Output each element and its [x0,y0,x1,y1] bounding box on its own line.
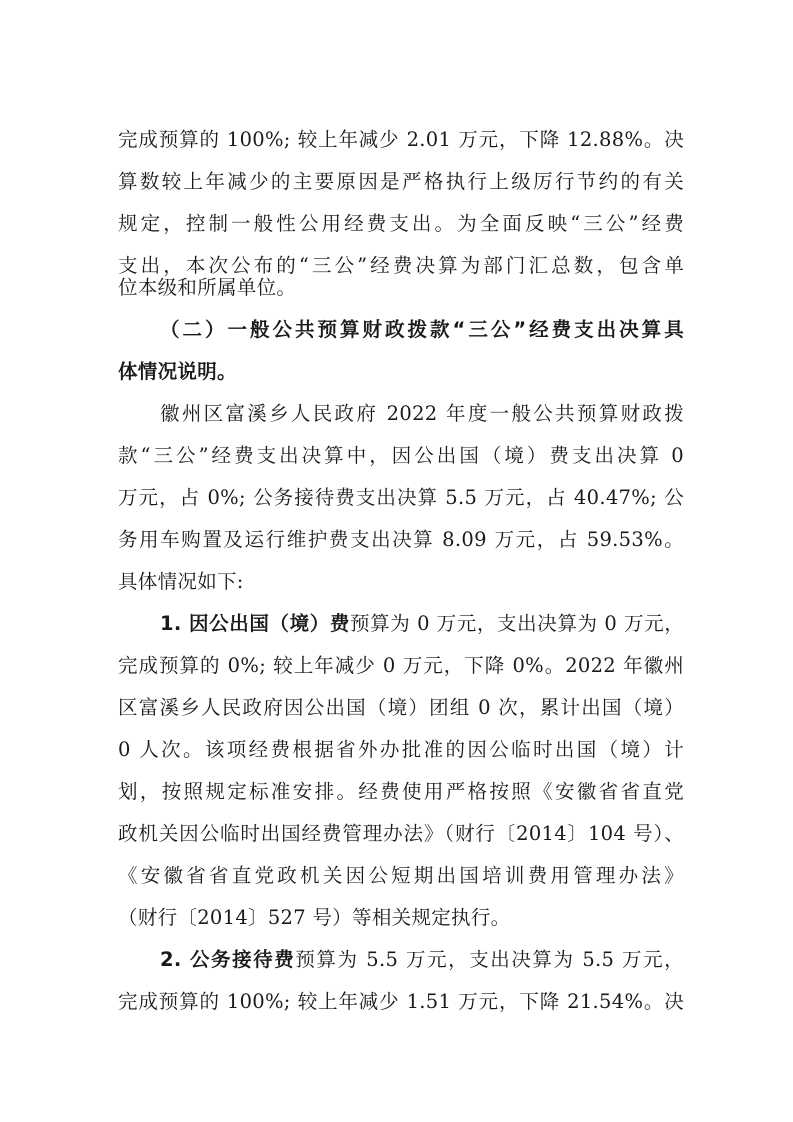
paragraph-line: 0 人次。该项经费根据省外办批准的因公临时出国（境）计 [118,735,684,765]
paragraph-line: 规定，控制一般性公用经费支出。为全面反映“三公”经费 [118,209,684,239]
paragraph-line: 划，按照规定标准安排。经费使用严格按照《安徽省省直党 [118,777,684,807]
paragraph-line: 务用车购置及运行维护费支出决算 8.09 万元，占 59.53%。 [118,525,684,555]
item-title: 1. 因公出国（境）费 [160,612,350,635]
paragraph-line: 完成预算的 100%; 较上年减少 1.51 万元，下降 21.54%。决 [118,987,684,1017]
paragraph-line: 《安徽省省直党政机关因公短期出国培训费用管理办法》 [118,861,684,891]
paragraph-line: 政机关因公临时出国经费管理办法》（财行〔2014〕104 号）、 [118,819,684,849]
item-heading-line: 2. 公务接待费预算为 5.5 万元，支出决算为 5.5 万元， [160,945,684,975]
item-text: 预算为 5.5 万元，支出决算为 5.5 万元， [295,948,684,971]
paragraph-line: 算数较上年减少的主要原因是严格执行上级厉行节约的有关 [118,167,684,197]
section-heading: （二）一般公共预算财政拨款“三公”经费支出决算具 [160,315,684,345]
paragraph-line: （财行〔2014〕527 号）等相关规定执行。 [118,903,684,933]
paragraph-line: 万元，占 0%; 公务接待费支出决算 5.5 万元，占 40.47%; 公 [118,483,684,513]
item-text: 预算为 0 万元，支出决算为 0 万元， [350,612,684,635]
paragraph-line: 完成预算的 0%; 较上年减少 0 万元，下降 0%。2022 年徽州 [118,651,684,681]
paragraph-line: 位本级和所属单位。 [118,273,684,303]
paragraph-line: 款“三公”经费支出决算中，因公出国（境）费支出决算 0 [118,441,684,471]
section-heading: 体情况说明。 [118,357,684,387]
paragraph-line: 徽州区富溪乡人民政府 2022 年度一般公共预算财政拨 [160,399,684,429]
paragraph-line: 完成预算的 100%; 较上年减少 2.01 万元，下降 12.88%。决 [118,125,684,155]
paragraph-line: 区富溪乡人民政府因公出国（境）团组 0 次，累计出国（境） [118,693,684,723]
paragraph-line: 具体情况如下: [118,567,684,597]
item-title: 2. 公务接待费 [160,948,295,971]
document-page: 完成预算的 100%; 较上年减少 2.01 万元，下降 12.88%。决 算数… [0,0,793,1122]
item-heading-line: 1. 因公出国（境）费预算为 0 万元，支出决算为 0 万元， [160,609,684,639]
